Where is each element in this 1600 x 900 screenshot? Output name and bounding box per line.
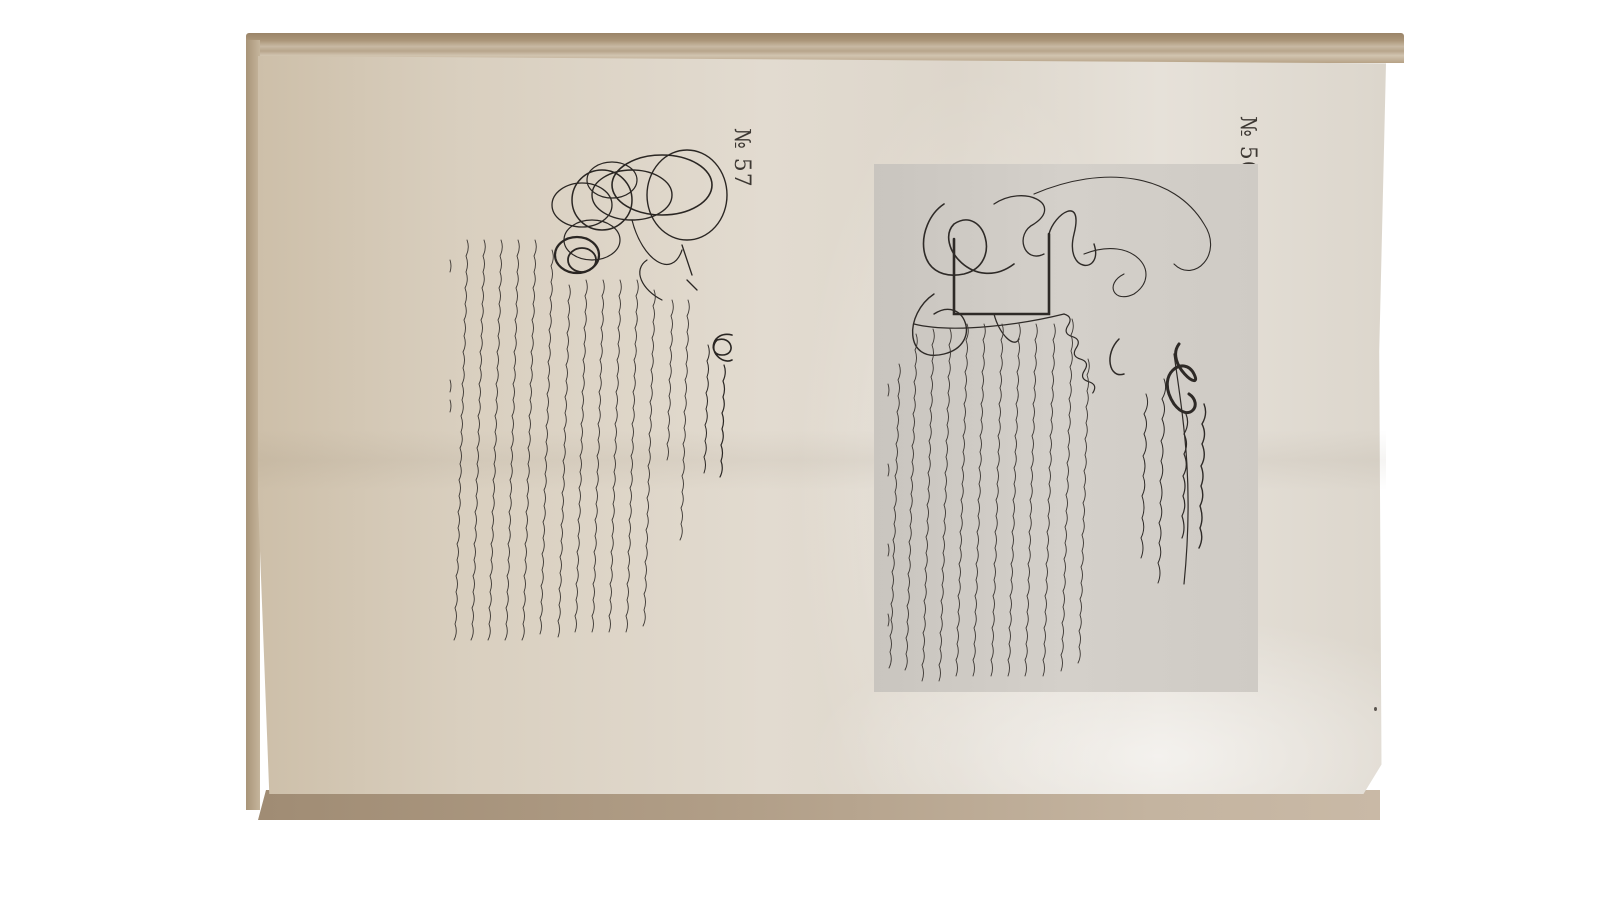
manuscript-57-ink (432, 140, 762, 660)
book-cover-bottom (258, 790, 1380, 820)
paper-speck (1374, 707, 1377, 711)
manuscript-56-ink (874, 164, 1258, 692)
facsimile-manuscript-56 (874, 164, 1258, 692)
book-photo: № 56 № 57 (0, 0, 1600, 900)
facsimile-manuscript-57 (432, 140, 762, 660)
page-edges-left (246, 40, 260, 810)
